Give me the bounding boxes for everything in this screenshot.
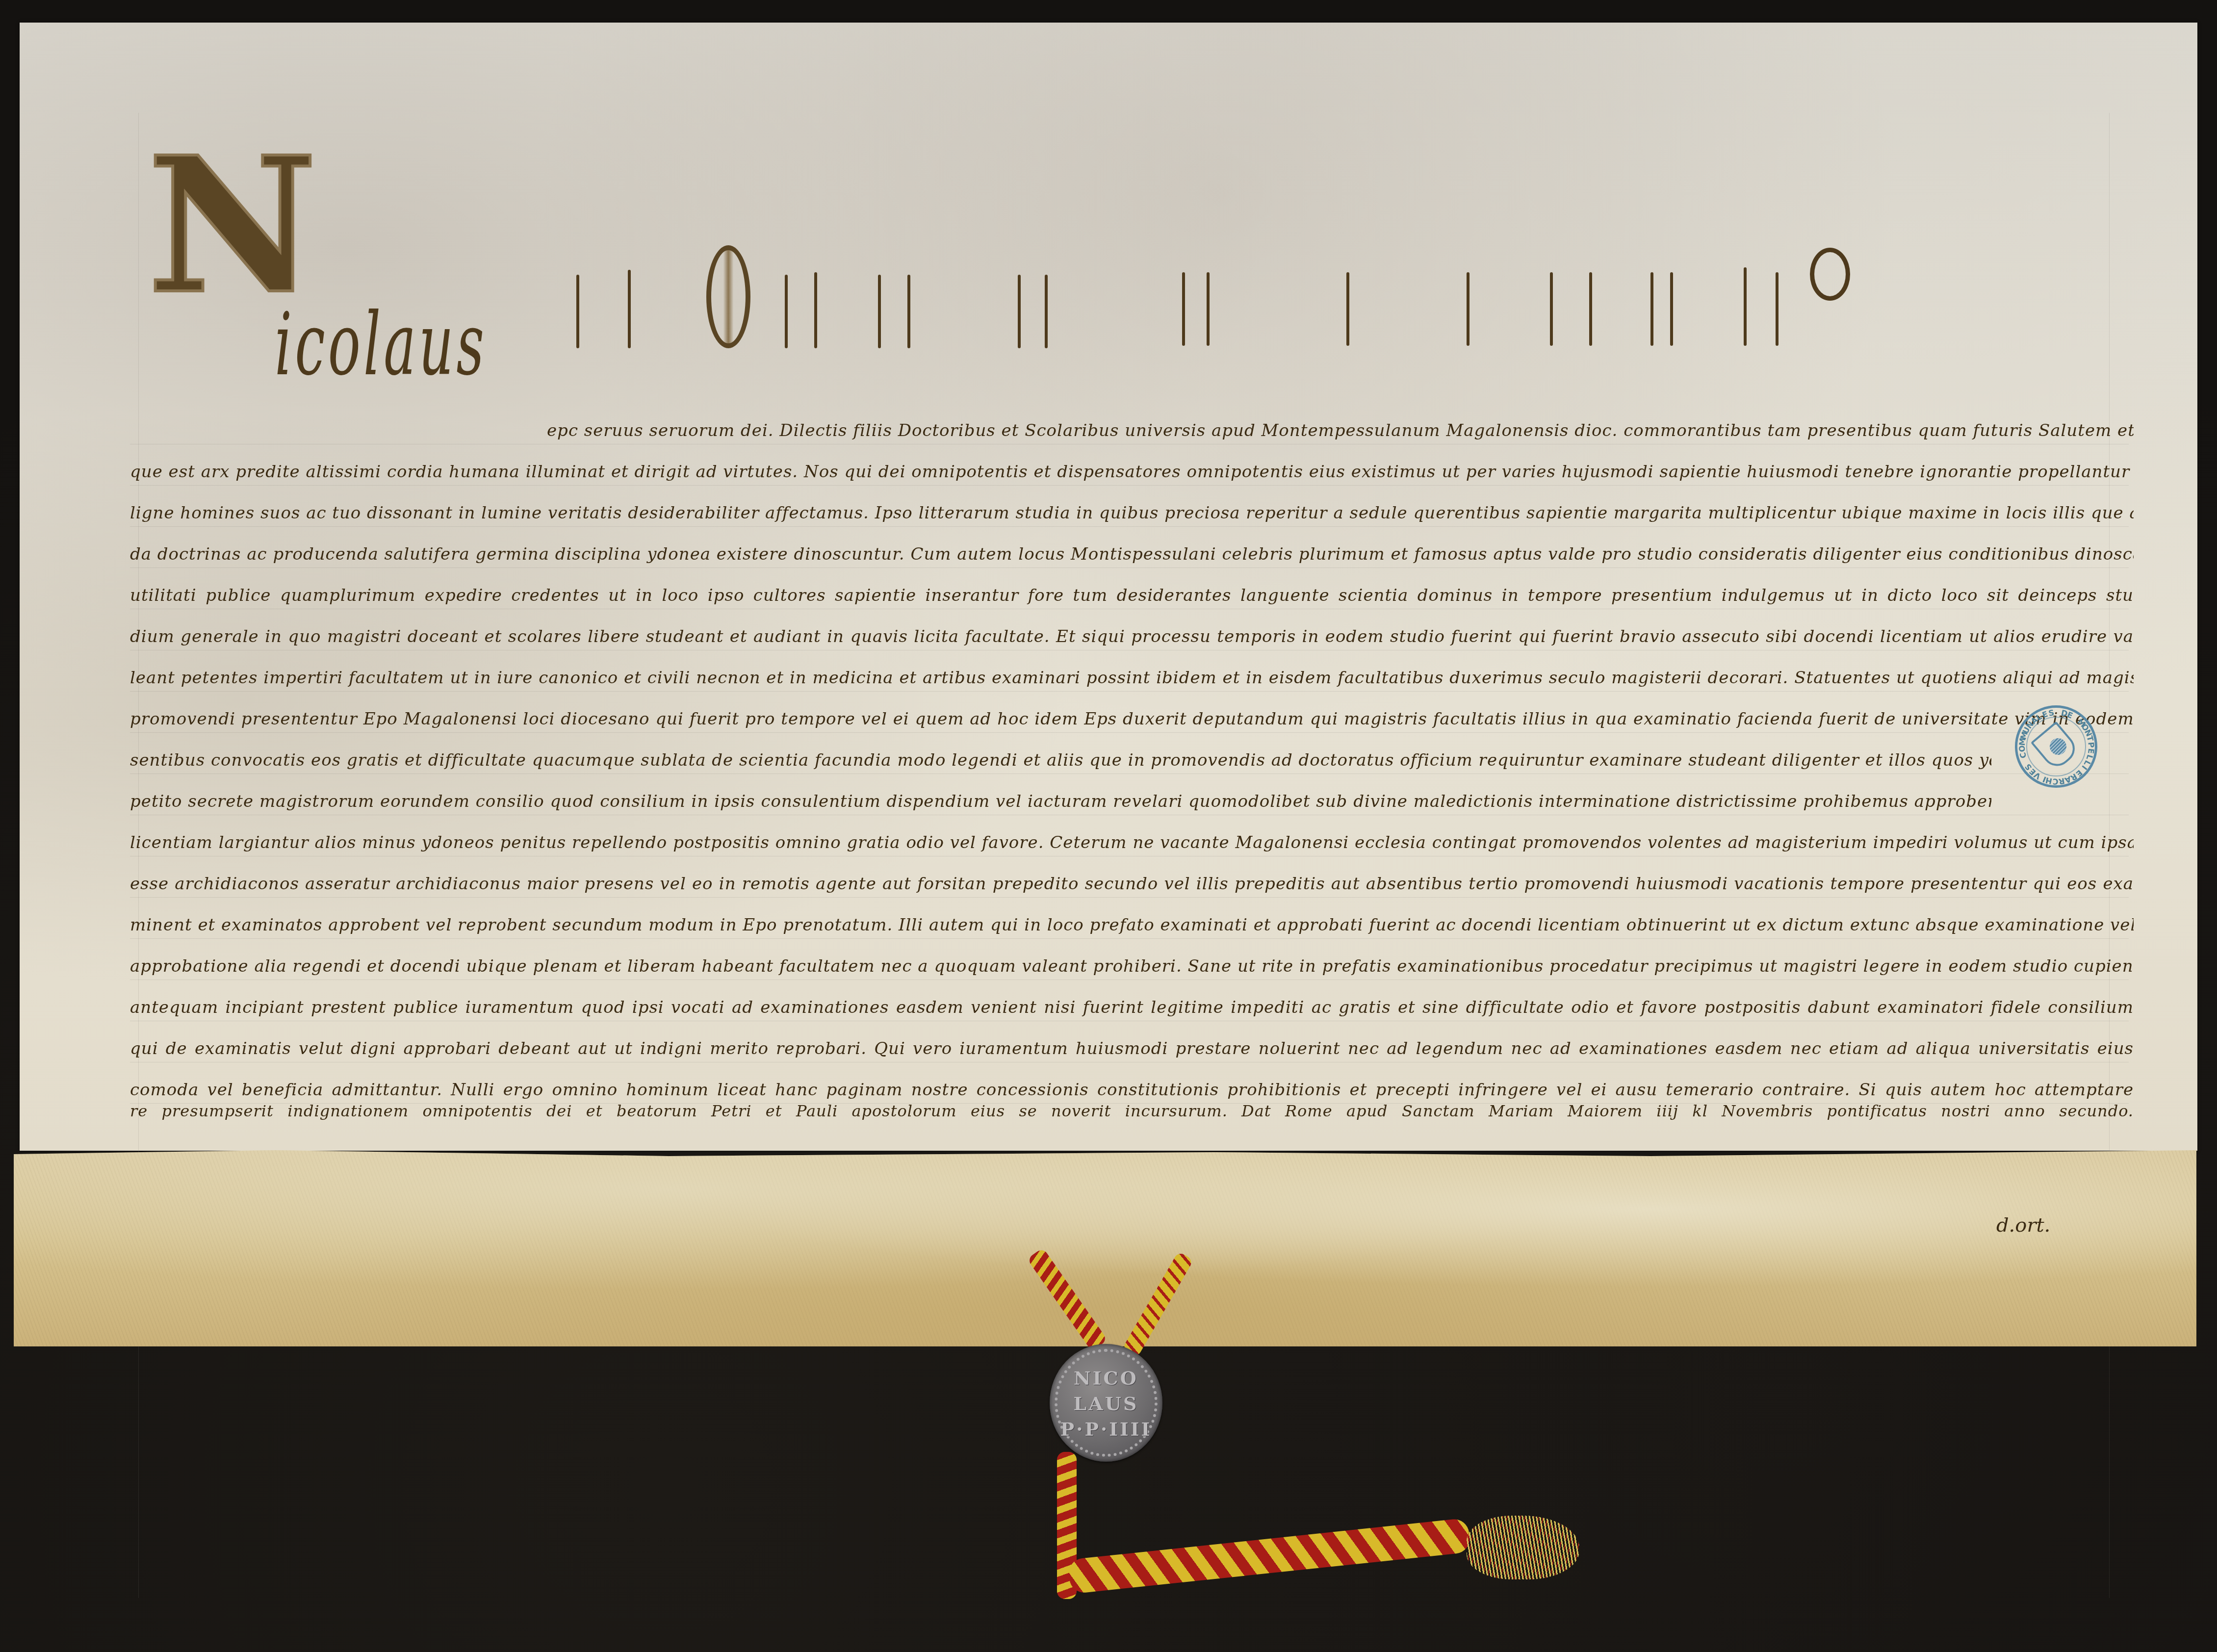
- ruling-line: [130, 691, 2129, 692]
- ruling-line: [130, 938, 2129, 939]
- ruling-line: [130, 774, 2129, 774]
- seal-line-1: NICO: [1050, 1366, 1162, 1391]
- elongated-letter-stroke: [785, 275, 788, 348]
- ruling-line: [130, 568, 2129, 568]
- seal-inscription: NICO LAUS P·P·IIII: [1050, 1366, 1162, 1442]
- ruling-line: [130, 732, 2129, 733]
- ruling-line: [130, 485, 2129, 486]
- text-line-5: utilitati publice quamplurimum expedire …: [130, 586, 2134, 605]
- ruling-line: [130, 856, 2129, 856]
- elongated-letter-stroke: [1182, 272, 1185, 346]
- plica-fold: [14, 1150, 2196, 1346]
- ruling-line: [130, 897, 2129, 898]
- silk-cord-tassel: [1467, 1516, 1579, 1579]
- text-line-12: esse archidiaconos asseratur archidiacon…: [130, 874, 2134, 894]
- text-line-4: da doctrinas ac producenda salutifera ge…: [130, 544, 2134, 564]
- ruling-line: [130, 1021, 2129, 1021]
- elongated-letter-d: [706, 245, 750, 348]
- text-line-2: que est arx predite altissimi cordia hum…: [130, 462, 2134, 482]
- text-line-13: minent et examinatos approbent vel repro…: [130, 915, 2134, 935]
- margin-rule-right: [2109, 113, 2110, 1598]
- plica-signature: d.ort.: [1996, 1214, 2050, 1237]
- ruling-line: [130, 980, 2129, 980]
- text-line-3: ligne homines suos ac tuo dissonant in l…: [130, 503, 2134, 523]
- elongated-letter-stroke: [878, 275, 881, 348]
- elongated-letter-stroke: [1776, 272, 1779, 346]
- elongated-letter-stroke: [1650, 272, 1653, 346]
- lead-seal-bulla: NICO LAUS P·P·IIII: [1050, 1344, 1162, 1462]
- elongated-letter-stroke: [814, 272, 817, 348]
- elongated-name-nicolaus: icolaus: [275, 294, 487, 395]
- seal-line-3: P·P·IIII: [1050, 1417, 1162, 1442]
- stamp-circular-text: ARCHIVES COMMUNALES DE MONTPELLIER: [2012, 703, 2101, 791]
- elongated-letter-stroke: [1589, 272, 1592, 346]
- margin-rule-left: [138, 113, 139, 1598]
- text-line-17: comoda vel beneficia admittantur. Nulli …: [130, 1080, 2134, 1100]
- text-line-7: leant petentes impertiri facultatem ut i…: [130, 668, 2134, 688]
- seal-line-2: LAUS: [1050, 1391, 1162, 1417]
- elongated-letter-stroke: [1550, 272, 1553, 346]
- text-line-14: approbatione alia regendi et docendi ubi…: [130, 956, 2134, 976]
- text-line-1: epc seruus seruorum dei. Dilectis filiis…: [547, 421, 2134, 440]
- ruling-line: [130, 1062, 2129, 1062]
- elongated-letter-stroke: [576, 275, 579, 348]
- text-line-11: licentiam largiantur alios minus ydoneos…: [130, 833, 2134, 852]
- elongated-letter-stroke: [1467, 272, 1469, 346]
- ruling-line: [130, 650, 2129, 650]
- text-line-15: antequam incipiant prestent publice iura…: [130, 998, 2134, 1017]
- elongated-letter-q: [1810, 248, 1850, 301]
- elongated-letter-stroke: [1346, 272, 1349, 346]
- archive-stamp: ARCHIVES COMMUNALES DE MONTPELLIER: [2015, 705, 2097, 788]
- elongated-letter-stroke: [907, 275, 910, 348]
- elongated-letter-stroke: [628, 270, 631, 348]
- text-line-8: promovendi presententur Epo Magalonensi …: [130, 709, 2134, 729]
- elongated-letter-stroke: [1018, 275, 1021, 348]
- text-line-16: qui de examinatis velut digni approbari …: [130, 1039, 2134, 1058]
- ruling-line: [130, 526, 2129, 527]
- elongated-letter-stroke: [1670, 272, 1673, 346]
- elongated-letter-stroke: [1207, 272, 1210, 346]
- text-line-9: sentibus convocatis eos gratis et diffic…: [130, 750, 1991, 770]
- text-line-6: dium generale in quo magistri doceant et…: [130, 627, 2134, 646]
- ruling-line: [130, 815, 2129, 815]
- elongated-letter-stroke: [1744, 267, 1747, 346]
- ruling-line: [130, 444, 2129, 444]
- text-line-10: petito secrete magistrorum eorundem cons…: [130, 792, 1991, 811]
- elongated-letter-stroke: [1045, 275, 1048, 348]
- decorated-initial-n: N: [147, 132, 312, 319]
- ruling-line: [130, 609, 2129, 609]
- text-line-18-dating: re presumpserit indignationem omnipotent…: [130, 1101, 2134, 1121]
